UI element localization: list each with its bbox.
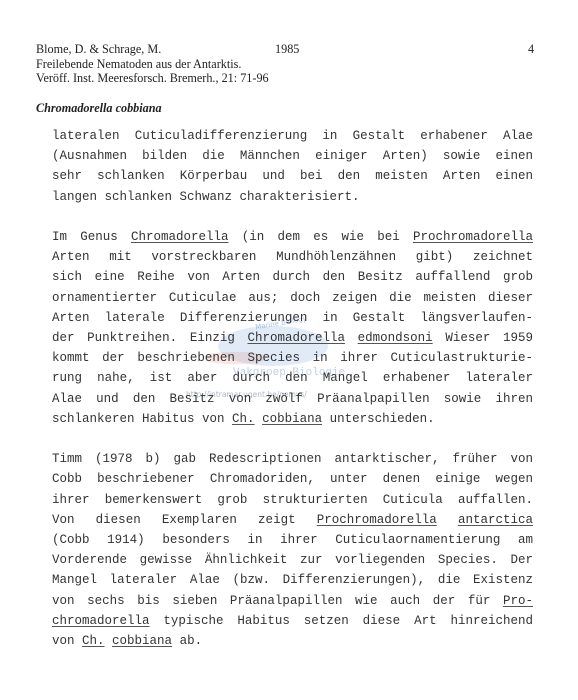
taxon-name: cobbiana [262,412,322,426]
text-segment: von [52,634,82,648]
text-segment [255,412,263,426]
text-line: kommt der beschriebenen Species in ihrer… [52,348,533,368]
taxon-name: Chromadorella [131,230,229,244]
text-line: lateralen Cuticuladifferenzierung in Ges… [52,126,533,146]
paragraph: Im Genus Chromadorella (in dem es wie be… [52,227,533,429]
text-segment: sehr schlanken Körperbau und bei den mei… [52,169,533,183]
taxon-name: Ch. [82,634,105,648]
taxon-name: Prochromadorella [317,513,437,527]
text-segment: Timm (1978 b) gab Redescriptionen antark… [52,452,533,466]
text-line: Arten mit vorstreckbaren Mundhöhlenzähne… [52,247,533,267]
text-line: Cobb beschriebener Chromadoriden, unter … [52,469,533,489]
text-line: von Ch. cobbiana ab. [52,631,533,651]
taxon-name: Prochromadorella [413,230,533,244]
text-segment: Arten mit vorstreckbaren Mundhöhlenzähne… [52,250,533,264]
text-line: Von diesen Exemplaren zeigt Prochromador… [52,510,533,530]
text-segment: ab. [172,634,202,648]
text-line: (Cobb 1914) besonders in ihrer Cuticulao… [52,530,533,550]
body-text: lateralen Cuticuladifferenzierung in Ges… [52,126,533,671]
text-line: (Ausnahmen bilden die Männchen einiger A… [52,146,533,166]
text-segment: rung nahe, ist aber durch den Mangel erh… [52,371,533,385]
paragraph: lateralen Cuticuladifferenzierung in Ges… [52,126,533,207]
text-segment: Im Genus [52,230,131,244]
text-segment: (Ausnahmen bilden die Männchen einiger A… [52,149,533,163]
text-segment: Cobb beschriebener Chromadoriden, unter … [52,472,533,486]
taxon-name: cobbiana [112,634,172,648]
text-line: Timm (1978 b) gab Redescriptionen antark… [52,449,533,469]
text-line: schlankeren Habitus von Ch. cobbiana unt… [52,409,533,429]
text-segment: ihrer bemerkenswert grob strukturierten … [52,493,533,507]
publication-title: Freilebende Nematoden aus der Antarktis. [36,57,556,72]
text-line: Mangel lateraler Alae (bzw. Differenzier… [52,570,533,590]
text-line: der Punktreihen. Einzig Chromadorella ed… [52,328,533,348]
text-line: sehr schlanken Körperbau und bei den mei… [52,166,533,186]
taxon-name: chromadorella [52,614,150,628]
text-line: ihrer bemerkenswert grob strukturierten … [52,490,533,510]
text-line: chromadorella typische Habitus setzen di… [52,611,533,631]
text-line: langen schlanken Schwanz charakterisiert… [52,187,533,207]
text-segment: von sechs bis sieben Präanalpapillen wie… [52,594,503,608]
journal-citation: Veröff. Inst. Meeresforsch. Bremerh., 21… [36,71,556,86]
text-line: sich eine Reihe von Arten durch den Besi… [52,267,533,287]
text-line: Vorderende gewisse Ähnlichkeit zur vorli… [52,550,533,570]
text-segment: schlankeren Habitus von [52,412,232,426]
text-segment: Vorderende gewisse Ähnlichkeit zur vorli… [52,553,533,567]
text-line: Im Genus Chromadorella (in dem es wie be… [52,227,533,247]
text-segment: unterschieden. [322,412,435,426]
text-segment [345,331,358,345]
text-segment: Von diesen Exemplaren zeigt [52,513,317,527]
text-segment: (in dem es wie bei [229,230,413,244]
page-number: 4 [528,42,534,57]
text-segment: langen schlanken Schwanz charakterisiert… [52,190,360,204]
text-segment: sich eine Reihe von Arten durch den Besi… [52,270,533,284]
text-segment: (Cobb 1914) besonders in ihrer Cuticulao… [52,533,533,547]
citation-header: Blome, D. & Schrage, M. 1985 4 Freileben… [36,42,556,86]
taxon-name: Pro- [503,594,533,608]
taxon-name: edmondsoni [358,331,433,345]
text-segment [105,634,113,648]
text-segment: kommt der beschriebenen Species in ihrer… [52,351,533,365]
text-segment: Arten laterale Differenzierungen in Gest… [52,311,533,325]
text-segment: Alae und den Besitz von zwölf Präanalpap… [52,392,533,406]
text-segment [437,513,458,527]
text-segment: Mangel lateraler Alae (bzw. Differenzier… [52,573,533,587]
text-segment: lateralen Cuticuladifferenzierung in Ges… [52,129,533,143]
taxon-name: Chromadorella [247,331,345,345]
text-line: rung nahe, ist aber durch den Mangel erh… [52,368,533,388]
publication-year: 1985 [275,42,299,57]
text-segment: typische Habitus setzen diese Art hinrei… [150,614,533,628]
text-segment: Wieser 1959 [433,331,533,345]
paragraph: Timm (1978 b) gab Redescriptionen antark… [52,449,533,651]
species-title: Chromadorella cobbiana [36,101,162,116]
text-segment: ornamentierter Cuticulae aus; doch zeige… [52,291,533,305]
text-segment: der Punktreihen. Einzig [52,331,247,345]
text-line: ornamentierter Cuticulae aus; doch zeige… [52,288,533,308]
text-line: von sechs bis sieben Präanalpapillen wie… [52,591,533,611]
text-line: Alae und den Besitz von zwölf Präanalpap… [52,389,533,409]
taxon-name: antarctica [458,513,533,527]
taxon-name: Ch. [232,412,255,426]
text-line: Arten laterale Differenzierungen in Gest… [52,308,533,328]
